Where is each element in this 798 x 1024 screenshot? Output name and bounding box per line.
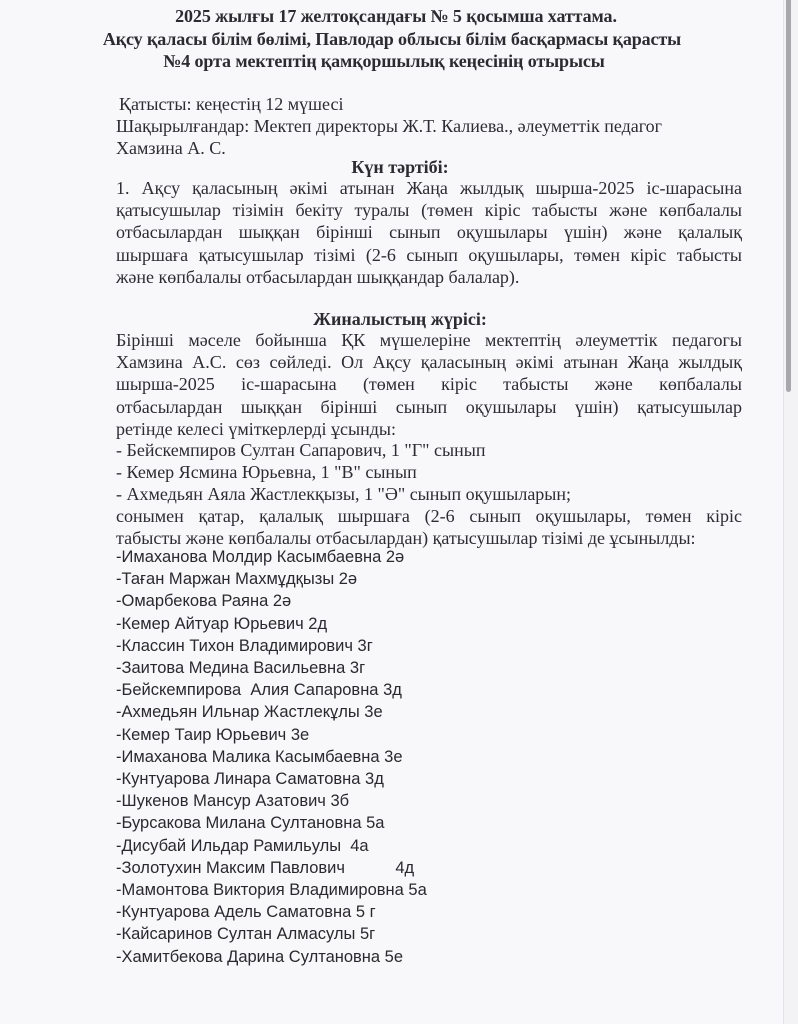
participant-list-item: -Заитова Медина Васильевна 3г (116, 657, 427, 679)
vertical-scrollbar[interactable] (783, 0, 798, 1024)
proceedings-heading: Жиналыстың жүрісі: (8, 308, 792, 330)
agenda-line: және көпбалалы отбасылардан шыққандар ба… (116, 266, 742, 288)
first-grade-candidate: - Бейскемпиров Султан Сапарович, 1 "Г" с… (116, 439, 485, 461)
agenda-line: қатысушылар тізімін бекіту туралы (төмен… (116, 199, 742, 221)
participant-list-item: -Мамонтова Виктория Владимировна 5а (116, 879, 427, 901)
participant-list-item: -Шукенов Мансур Азатович 3б (116, 790, 427, 812)
city-tree-participants-list: -Имаханова Молдир Касымбаевна 2ә-Таған М… (116, 546, 427, 968)
also-paragraph: сонымен қатар, қалалық шыршаға (2-6 сыны… (116, 505, 742, 549)
document-page: 2025 жылғы 17 желтоқсандағы № 5 қосымша … (0, 0, 784, 1024)
participant-list-item: -Кайсаринов Султан Алмасулы 5г (116, 923, 427, 945)
proceedings-line: ретінде келесі үміткерлерді ұсынды: (116, 418, 742, 440)
participant-list-item: -Хамитбекова Дарина Султановна 5е (116, 946, 427, 968)
agenda-heading: Күн тәртібі: (8, 156, 792, 178)
participant-list-item: -Бурсакова Милана Султановна 5а (116, 812, 427, 834)
proceedings-line: шырша-2025 іс-шарасына (төмен кіріс табы… (116, 373, 742, 395)
participant-list-item: -Имаханова Малика Касымбаевна 3е (116, 746, 427, 768)
participant-list-item: -Кемер Айтуар Юрьевич 2д (116, 613, 427, 635)
proceedings-paragraph: Бірінші мәселе бойынша ҚК мүшелеріне мек… (116, 329, 742, 440)
first-grade-candidate: - Ахмедьян Аяла Жастлекқызы, 1 "Ә" сынып… (116, 483, 571, 505)
participant-list-item: -Дисубай Ильдар Рамильулы 4а (116, 835, 427, 857)
participant-list-item: -Омарбекова Раяна 2ә (116, 590, 427, 612)
participant-list-item: -Таған Маржан Махмұдқызы 2ә (116, 568, 427, 590)
participant-list-item: -Классин Тихон Владимирович 3г (116, 635, 427, 657)
scrollbar-thumb[interactable] (786, 0, 791, 392)
also-line: сонымен қатар, қалалық шыршаға (2-6 сыны… (116, 505, 742, 527)
participant-list-item: -Имаханова Молдир Касымбаевна 2ә (116, 546, 427, 568)
doc-title-line-1: 2025 жылғы 17 желтоқсандағы № 5 қосымша … (4, 5, 788, 28)
participant-list-item: -Золотухин Максим Павлович 4д (116, 857, 427, 879)
attendance-line: Қатысты: кеңестің 12 мүшесі (119, 93, 343, 115)
proceedings-line: отбасылардан шыққан бірінші сынып оқушыл… (116, 396, 742, 418)
participant-list-item: -Кунтуарова Адель Саматовна 5 г (116, 901, 427, 923)
invited-line-1: Шақырылғандар: Мектеп директоры Ж.Т. Кал… (116, 115, 662, 137)
doc-title-line-3: №4 орта мектептің қамқоршылық кеңесінің … (0, 50, 776, 73)
participant-list-item: -Кемер Таир Юрьевич 3е (116, 724, 427, 746)
participant-list-item: -Ахмедьян Ильнар Жастлекұлы 3е (116, 701, 427, 723)
agenda-line: шыршаға қатысушылар тізімі (2-6 сынып оқ… (116, 244, 742, 266)
agenda-line: отбасылардан шыққан бірінші сынып оқушыл… (116, 221, 742, 243)
doc-title-line-2: Ақсу қаласы білім бөлімі, Павлодар облыс… (0, 28, 784, 51)
proceedings-line: Хамзина А.С. сөз сөйледі. Ол Ақсу қаласы… (116, 351, 742, 373)
first-grade-candidate: - Кемер Ясмина Юрьевна, 1 "В" сынып (116, 461, 417, 483)
proceedings-line: Бірінші мәселе бойынша ҚК мүшелеріне мек… (116, 329, 742, 351)
participant-list-item: -Бейскемпирова Алия Сапаровна 3д (116, 679, 427, 701)
agenda-paragraph: 1. Ақсу қаласының әкімі атынан Жаңа жылд… (116, 177, 742, 288)
participant-list-item: -Кунтуарова Линара Саматовна 3д (116, 768, 427, 790)
agenda-line: 1. Ақсу қаласының әкімі атынан Жаңа жылд… (116, 177, 742, 199)
